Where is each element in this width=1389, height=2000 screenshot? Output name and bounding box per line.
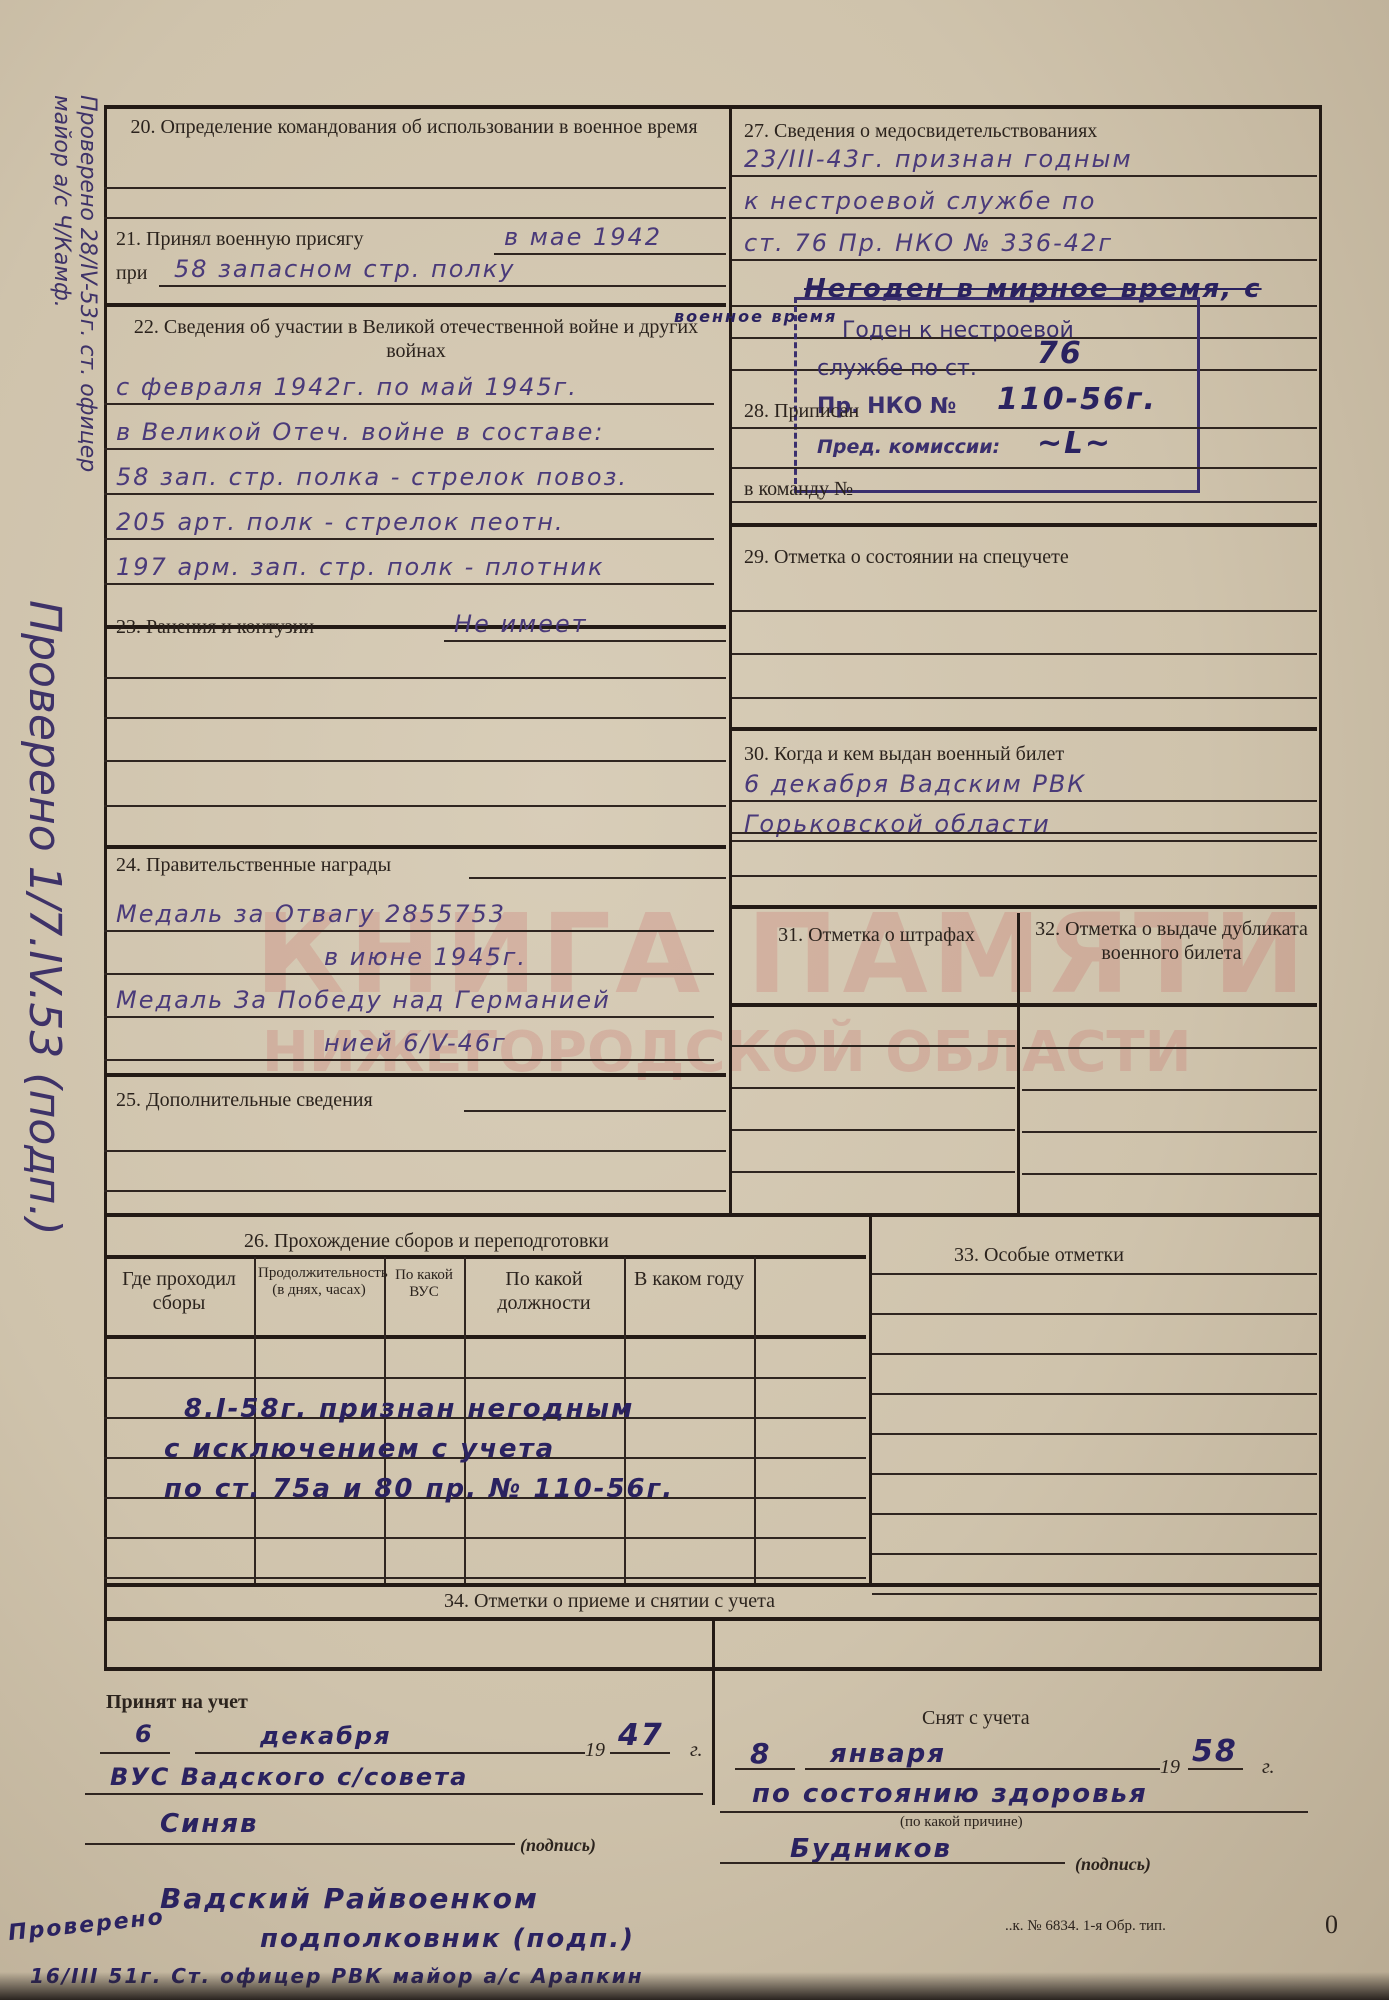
s22-line[interactable]: с февраля 1942г. по май 1945г.: [116, 373, 578, 401]
bottom-note-left-check: Проверено: [7, 1904, 166, 1948]
s24-line[interactable]: Медаль за Отвагу 2855753: [116, 900, 506, 928]
s22-line[interactable]: 205 арт. полк - стрелок пеотн.: [116, 508, 565, 536]
s28-label2: в команду №: [744, 477, 853, 501]
s26-column-header: По какой должности: [468, 1267, 620, 1315]
s28-label: 28. Приписан: [744, 399, 859, 423]
margin-note-top: Проверено 28/IV-53г. ст. офицер майор а/…: [48, 95, 100, 515]
removed-year-prefix: 19: [1160, 1755, 1180, 1779]
s22-line[interactable]: в Великой Отеч. войне в составе:: [116, 418, 604, 446]
s26-handwritten-line[interactable]: с исключением с учета: [164, 1435, 555, 1463]
s23-value[interactable]: Не имеет: [454, 610, 588, 638]
s26-handwritten-line[interactable]: по ст. 75а и 80 пр. № 110-56г.: [164, 1475, 674, 1503]
corner-mark: 0: [1325, 1910, 1338, 1940]
removed-title: Снят с учета: [922, 1706, 1030, 1730]
s21-at-label: при: [116, 261, 147, 285]
s25-label: 25. Дополнительные сведения: [116, 1088, 373, 1112]
removed-month[interactable]: января: [830, 1740, 946, 1768]
removed-reason[interactable]: по состоянию здоровья: [752, 1780, 1148, 1808]
s21-label: 21. Принял военную присягу: [116, 227, 364, 251]
s21-value[interactable]: в мае 1942: [504, 223, 662, 251]
s22-line[interactable]: 197 арм. зап. стр. полк - плотник: [116, 553, 604, 581]
s23-label: 23. Ранения и контузии: [116, 615, 314, 639]
s32-label: 32. Отметка о выдаче дубликата военного …: [1024, 917, 1319, 965]
s21-at-value[interactable]: 58 запасном стр. полку: [174, 255, 515, 283]
accepted-year-suffix: г.: [690, 1738, 703, 1762]
accepted-signature: Синяв: [160, 1810, 258, 1838]
s24-line[interactable]: Медаль За Победу над Германией: [116, 986, 611, 1014]
s22-line[interactable]: 58 зап. стр. полка - стрелок повоз.: [116, 463, 628, 491]
s29-label: 29. Отметка о состоянии на спецучете: [744, 545, 1069, 569]
s30-line[interactable]: 6 декабря Вадским РВК: [744, 770, 1086, 798]
s30-label: 30. Когда и кем выдан военный билет: [744, 742, 1064, 766]
s27-line[interactable]: ст. 76 Пр. НКО № 336-42г: [744, 229, 1113, 257]
stamp-line2: службе по ст.: [817, 356, 977, 381]
medical-stamp: Годен к нестроевой службе по ст. 76 Пр. …: [794, 297, 1200, 493]
bottom-note-line2: подполковник (подп.): [260, 1925, 635, 1953]
s26-column-header: По какой ВУС: [388, 1267, 460, 1301]
s22-label: 22. Сведения об участии в Великой отечес…: [116, 315, 716, 363]
removed-year-suffix: г.: [1262, 1755, 1275, 1779]
s24-line[interactable]: нией 6/V-46г: [324, 1029, 507, 1057]
stamp-order: 110-56г.: [997, 386, 1157, 414]
accepted-by[interactable]: ВУС Вадского с/совета: [110, 1763, 468, 1791]
accepted-day[interactable]: 6: [135, 1720, 154, 1748]
removed-signature-label: (подпись): [1075, 1852, 1151, 1876]
bottom-note-line1: Вадский Райвоенком: [160, 1885, 539, 1913]
removed-signature: Будников: [790, 1835, 952, 1863]
s33-label: 33. Особые отметки: [954, 1243, 1124, 1267]
s26-column-header: Продолжительность (в днях, часах): [258, 1265, 380, 1299]
stamp-article: 76: [1037, 340, 1083, 368]
form-grid: 20. Определение командования об использо…: [104, 105, 1322, 1670]
removed-day[interactable]: 8: [750, 1740, 771, 1768]
margin-note-middle: Проверено 1/7.IV.53 (подп.): [19, 600, 70, 1236]
s24-line[interactable]: в июне 1945г.: [324, 943, 527, 971]
removed-reason-label: (по какой причине): [900, 1814, 1023, 1831]
document-page: КНИГА ПАМЯТИ НИЖЕГОРОДСКОЙ ОБЛАСТИ Прове…: [0, 0, 1389, 2000]
accepted-title: Принят на учет: [106, 1690, 248, 1714]
s31-label: 31. Отметка о штрафах: [744, 923, 1009, 947]
s26-column-header: В каком году: [628, 1267, 750, 1291]
accepted-signature-label: (подпись): [520, 1833, 596, 1857]
removed-year[interactable]: 58: [1192, 1738, 1238, 1766]
s34-label: 34. Отметки о приеме и снятии с учета: [444, 1589, 775, 1613]
accepted-month[interactable]: декабря: [260, 1722, 392, 1750]
accepted-year[interactable]: 47: [618, 1722, 664, 1750]
accepted-year-prefix: 19: [585, 1738, 605, 1762]
s26-column-header: Где проходил сборы: [108, 1267, 250, 1315]
print-info: ..к. № 6834. 1-я Обр. тип.: [1005, 1918, 1166, 1935]
s26-handwritten-line[interactable]: 8.I-58г. признан негодным: [184, 1395, 634, 1423]
paper-edge: [0, 1972, 1389, 2000]
s27-line[interactable]: к нестроевой службе по: [744, 187, 1096, 215]
s27-label: 27. Сведения о медосвидетельствованиях: [744, 119, 1097, 143]
s26-label: 26. Прохождение сборов и переподготовки: [244, 1229, 609, 1253]
stamp-line4: Пред. комиссии:: [817, 436, 1000, 458]
s20-label: 20. Определение командования об использо…: [114, 115, 714, 139]
s24-label: 24. Правительственные награды: [116, 853, 391, 877]
s27-line[interactable]: 23/III-43г. признан годным: [744, 145, 1133, 173]
stamp-signature: ~ᒪ~: [1037, 430, 1112, 458]
